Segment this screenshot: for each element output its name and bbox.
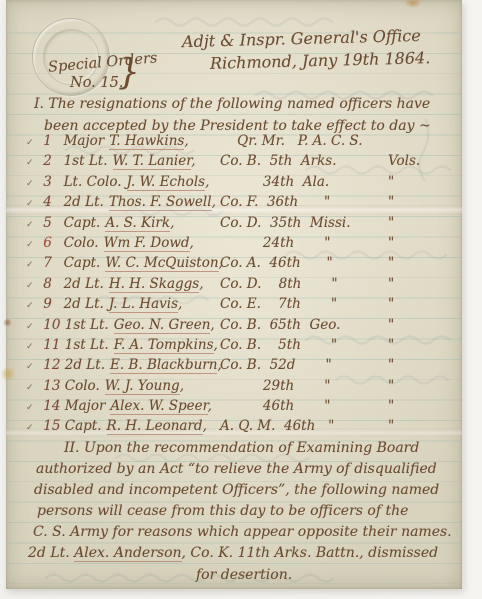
- check-mark-icon: ✓: [26, 383, 39, 393]
- officer-rank: 2d Lt.: [64, 296, 104, 312]
- check-mark-icon: ✓: [26, 260, 39, 270]
- section2-line1: II. Upon the recommendation of Examining…: [64, 439, 419, 457]
- vols-ditto: ": [388, 418, 394, 434]
- roster-number: 1: [43, 133, 59, 149]
- vols-ditto: Vols.: [388, 153, 420, 169]
- roster-row: ✓ 14 MajorAlex. W. Speer, 46th " ": [6, 398, 462, 418]
- officer-name: R. H. Leonard: [107, 418, 203, 435]
- section2-line5: C. S. Army for reasons which appear oppo…: [33, 523, 452, 541]
- unit-assignment: Co. F. 36th ": [220, 194, 330, 210]
- officer-rank: Capt.: [65, 418, 102, 434]
- vols-ditto: ": [388, 378, 394, 394]
- officer-rank: Capt.: [64, 255, 101, 271]
- roster-number: 4: [43, 194, 59, 210]
- name-separator: ,: [203, 418, 207, 434]
- name-separator: ,: [214, 337, 218, 353]
- roster-row: ✓ 3 Lt. Colo.J. W. Echols, 34th Ala. ": [6, 174, 462, 194]
- unit-assignment: Co. D. 35th Missi.: [220, 215, 351, 231]
- unit-assignment: 46th ": [220, 398, 330, 414]
- name-separator: ,: [180, 378, 184, 394]
- name-separator: ,: [191, 153, 195, 169]
- unit-assignment: 34th Ala.: [220, 174, 329, 190]
- roster-row: ✓ 11 1st Lt.F. A. Tompkins, Co. B. 5th "…: [6, 337, 462, 357]
- unit-assignment: Qr. Mr. P. A. C. S.: [220, 133, 363, 149]
- roster-number: 13: [43, 378, 60, 394]
- name-separator: ,: [205, 174, 209, 190]
- roster-number: 3: [43, 174, 59, 190]
- office-heading-line1: Adjt & Inspr. General's Office: [182, 27, 421, 51]
- check-mark-icon: ✓: [26, 179, 39, 189]
- roster-number: 7: [43, 255, 59, 271]
- check-mark-icon: ✓: [26, 362, 39, 372]
- roster-number: 2: [43, 153, 59, 169]
- roster-row: ✓ 13 Colo.W. J. Young, 29th " ": [6, 378, 462, 398]
- officer-rank: Colo.: [64, 235, 99, 251]
- officer-rank: Lt. Colo.: [64, 174, 122, 190]
- section2-line2: authorized by an Act “to relieve the Arm…: [36, 460, 437, 478]
- officer-rank: Major: [64, 133, 105, 149]
- officer-name: W. J. Young: [105, 378, 180, 395]
- section1-line1: I. The resignations of the following nam…: [34, 95, 430, 113]
- roster-row: ✓ 8 2d Lt.H. H. Skaggs, Co. D. 8th " ": [6, 276, 462, 296]
- roster-number: 5: [43, 215, 59, 231]
- name-separator: ,: [170, 215, 174, 231]
- vols-ditto: ": [388, 276, 394, 292]
- check-mark-icon: ✓: [26, 322, 39, 332]
- officer-name: W. C. McQuiston: [105, 255, 218, 272]
- vols-ditto: ": [388, 194, 394, 210]
- section2-line3: disabled and incompetent Officers”, the …: [34, 481, 439, 499]
- officer-rank: 2d Lt.: [64, 276, 104, 292]
- closing-officer-name: Alex. Anderson: [74, 545, 181, 562]
- section2-line4: persons will cease from this day to be o…: [37, 502, 408, 520]
- scanned-document: Adjt & Inspr. General's Office Richmond,…: [0, 0, 482, 599]
- name-separator: ,: [210, 317, 214, 333]
- name-separator: ,: [212, 194, 216, 210]
- officer-name: Wm F. Dowd: [104, 235, 190, 252]
- officer-name: H. H. Skaggs: [109, 276, 199, 293]
- officer-rank: 2d Lt.: [65, 357, 105, 373]
- unit-assignment: 24th ": [220, 235, 330, 251]
- roster-row: ✓ 4 2d Lt.Thos. F. Sowell, Co. F. 36th "…: [6, 194, 462, 214]
- name-separator: ,: [208, 398, 212, 414]
- document-page: Adjt & Inspr. General's Office Richmond,…: [6, 0, 462, 589]
- officer-name: F. A. Tompkins: [114, 337, 214, 354]
- vols-ditto: ": [388, 215, 394, 231]
- name-separator: ,: [199, 276, 203, 292]
- officer-name: Alex. W. Speer: [110, 398, 207, 415]
- vols-ditto: ": [388, 255, 394, 271]
- unit-assignment: Co. B. 52d ": [220, 357, 332, 373]
- officer-rank: 2d Lt.: [64, 194, 104, 210]
- closing-rank: 2d Lt.: [28, 545, 74, 561]
- check-mark-icon: ✓: [26, 138, 39, 148]
- closing-line1: 2d Lt. Alex. Anderson, Co. K. 11th Arks.…: [28, 544, 438, 562]
- roster-row: ✓ 9 2d Lt.J. L. Havis, Co. E. 7th " ": [6, 296, 462, 316]
- name-separator: ,: [190, 235, 194, 251]
- closing-line2: for desertion.: [196, 566, 292, 584]
- roster-row: ✓ 15 Capt.R. H. Leonard, A. Q. M. 46th "…: [6, 418, 462, 438]
- check-mark-icon: ✓: [26, 240, 39, 250]
- check-mark-icon: ✓: [26, 199, 39, 209]
- roster-row: ✓ 6 Colo.Wm F. Dowd, 24th " ": [6, 235, 462, 255]
- officer-roster: ✓ 1 MajorT. Hawkins, Qr. Mr. P. A. C. S.…: [6, 133, 462, 439]
- check-mark-icon: ✓: [26, 301, 39, 311]
- check-mark-icon: ✓: [26, 158, 39, 168]
- officer-name: Geo. N. Green: [114, 317, 211, 334]
- roster-number: 6: [43, 235, 59, 251]
- vols-ditto: ": [388, 317, 394, 333]
- office-dateline: Richmond, Jany 19th 1864.: [210, 49, 431, 73]
- roster-number: 14: [43, 398, 60, 414]
- officer-name: W. T. Lanier: [113, 153, 192, 170]
- unit-assignment: Co. E. 7th ": [220, 296, 337, 312]
- vols-ditto: ": [388, 235, 394, 251]
- unit-assignment: Co. B. 65th Geo.: [220, 317, 340, 333]
- unit-assignment: A. Q. M. 46th ": [220, 418, 334, 434]
- officer-rank: 1st Lt.: [65, 337, 109, 353]
- unit-assignment: Co. D. 8th ": [220, 276, 338, 292]
- roster-number: 10: [43, 317, 60, 333]
- unit-assignment: Co. B. 5th ": [220, 337, 337, 353]
- officer-name: E. B. Blackburn: [110, 357, 217, 374]
- vols-ditto: ": [388, 398, 394, 414]
- unit-assignment: 29th ": [220, 378, 330, 394]
- check-mark-icon: ✓: [26, 423, 39, 433]
- roster-number: 9: [43, 296, 59, 312]
- roster-number: 15: [43, 418, 60, 434]
- unit-assignment: Co. B. 5th Arks.: [220, 153, 337, 169]
- roster-row: ✓ 2 1st Lt.W. T. Lanier, Co. B. 5th Arks…: [6, 153, 462, 173]
- officer-rank: 1st Lt.: [64, 153, 108, 169]
- closing-detail: , Co. K. 11th Arks. Battn., dismissed: [182, 545, 439, 561]
- roster-row: ✓ 10 1st Lt.Geo. N. Green, Co. B. 65th G…: [6, 317, 462, 337]
- officer-name: J. L. Havis: [109, 296, 178, 313]
- roster-number: 12: [43, 357, 60, 373]
- officer-name: J. W. Echols: [127, 174, 206, 191]
- brace-glyph: }: [118, 51, 140, 93]
- check-mark-icon: ✓: [26, 403, 39, 413]
- officer-name: Thos. F. Sowell: [109, 194, 212, 211]
- special-orders-number: No. 15.: [70, 74, 123, 92]
- roster-number: 11: [43, 337, 60, 353]
- unit-assignment: Co. A. 46th ": [220, 255, 333, 271]
- roster-row: ✓ 5 Capt.A. S. Kirk, Co. D. 35th Missi. …: [6, 215, 462, 235]
- check-mark-icon: ✓: [26, 281, 39, 291]
- officer-rank: 1st Lt.: [65, 317, 109, 333]
- officer-rank: Major: [65, 398, 106, 414]
- name-separator: ,: [178, 296, 182, 312]
- check-mark-icon: ✓: [26, 342, 39, 352]
- name-separator: ,: [184, 133, 188, 149]
- officer-name: T. Hawkins: [109, 133, 184, 150]
- vols-ditto: ": [388, 337, 394, 353]
- officer-rank: Colo.: [65, 378, 100, 394]
- roster-row: ✓ 1 MajorT. Hawkins, Qr. Mr. P. A. C. S.: [6, 133, 462, 153]
- vols-ditto: ": [388, 357, 394, 373]
- vols-ditto: ": [388, 296, 394, 312]
- stain-spot-top: [404, 0, 422, 8]
- check-mark-icon: ✓: [26, 220, 39, 230]
- officer-name: A. S. Kirk: [105, 215, 170, 232]
- roster-row: ✓ 7 Capt.W. C. McQuiston, Co. A. 46th " …: [6, 255, 462, 275]
- roster-row: ✓ 12 2d Lt.E. B. Blackburn, Co. B. 52d "…: [6, 357, 462, 377]
- officer-rank: Capt.: [64, 215, 101, 231]
- vols-ditto: ": [388, 174, 394, 190]
- roster-number: 8: [43, 276, 59, 292]
